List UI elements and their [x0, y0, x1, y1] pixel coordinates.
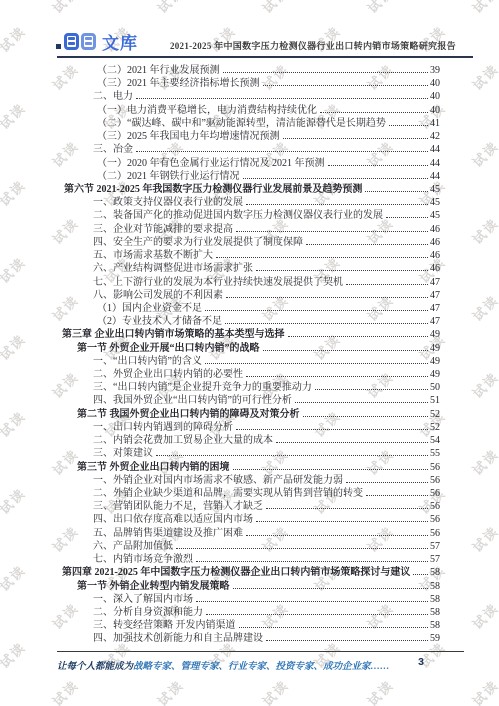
- watermark-text: 试读: [0, 329, 29, 364]
- toc-row: 三、“出口转内销”是企业提升竞争力的重要推动力50: [57, 381, 440, 394]
- toc-page-number: 56: [430, 513, 440, 526]
- toc-dotted-leader: [246, 375, 428, 377]
- toc-page-number: 47: [430, 302, 440, 315]
- toc-dotted-leader: [256, 269, 428, 271]
- toc-row: （二）2021 年行业发展预测39: [57, 64, 440, 77]
- toc-page-number: 44: [430, 170, 440, 183]
- watermark-text: 试读: [468, 598, 499, 633]
- toc-row: 一、“出口转内销”的含义49: [57, 355, 440, 368]
- watermark-text: 试读: [0, 21, 29, 56]
- toc-dotted-leader: [266, 639, 428, 641]
- toc-row: 第一节 外销企业转型内销发展策略58: [57, 580, 440, 593]
- toc-dotted-leader: [346, 481, 428, 483]
- toc-dotted-leader: [196, 600, 428, 602]
- toc-entry-title: 第三节 外贸企业出口转内销的困境: [77, 461, 230, 474]
- toc-row: 二、电力40: [57, 90, 440, 103]
- toc-entry-title: （1）国内企业资金不足: [97, 302, 202, 315]
- toc-dotted-leader: [295, 401, 428, 403]
- toc-entry-title: 四、出口依存度高难以适应国内市场: [93, 513, 253, 526]
- toc-dotted-leader: [226, 296, 428, 298]
- toc-entry-title: （二）2021 年行业发展预测: [97, 64, 220, 77]
- toc-entry-title: 第一节 外销企业转型内销发展策略: [77, 580, 230, 593]
- toc-page-number: 58: [430, 566, 440, 579]
- toc-row: 四、加强技术创新能力和自主品牌建设59: [57, 632, 440, 645]
- watermark-text: 试读: [0, 560, 29, 595]
- toc-entry-title: 五、市场需求基数不断扩大: [93, 249, 213, 262]
- toc-dotted-leader: [263, 84, 429, 86]
- toc-page-number: 39: [430, 64, 440, 77]
- toc-entry-title: 二、外销企业缺少渠道和品牌，需要实现从销售到营销的转变: [93, 487, 363, 500]
- toc-dotted-leader: [223, 71, 429, 73]
- toc-row: （一）2020 年有色金属行业运行情况及 2021 年预测44: [57, 157, 440, 170]
- toc-entry-title: （2）专业技术人才储备不足: [97, 315, 222, 328]
- toc-page-number: 58: [430, 606, 440, 619]
- toc-dotted-leader: [365, 190, 428, 192]
- toc-dotted-leader: [176, 547, 428, 549]
- toc-entry-title: 一、出口转内销遇到的障碍分析: [93, 421, 233, 434]
- toc-entry-title: （一）电力消费平稳增长，电力消费结构持续优化: [97, 104, 317, 117]
- toc-row: 五、品牌销售渠道建设及推广困难56: [57, 527, 440, 540]
- toc-page-number: 40: [430, 77, 440, 90]
- toc-page-number: 44: [430, 157, 440, 170]
- toc-dotted-leader: [233, 587, 429, 589]
- toc-page-number: 40: [430, 104, 440, 117]
- toc-entry-title: 三、营销团队能力不足，营销人才缺乏: [93, 500, 263, 513]
- toc-entry-title: 第三章 企业出口转内销市场策略的基本类型与选择: [62, 328, 285, 341]
- watermark-text: 试读: [153, 0, 188, 17]
- toc-row: 第四章 2021-2025 年中国数字压力检测仪器企业出口转内销市场策略探讨与建…: [57, 566, 440, 579]
- toc-dotted-leader: [320, 111, 428, 113]
- logo-e-icon: [64, 33, 79, 50]
- toc-dotted-leader: [413, 573, 428, 575]
- toc-dotted-leader: [205, 362, 428, 364]
- page-number: 3: [418, 656, 424, 668]
- watermark-text: 试读: [468, 444, 499, 479]
- toc-entry-title: （一）2020 年有色金属行业运行情况及 2021 年预测: [97, 157, 325, 170]
- toc-dotted-leader: [243, 177, 429, 179]
- toc-entry-title: 二、电力: [93, 90, 133, 103]
- toc-dotted-leader: [263, 349, 429, 351]
- toc-entry-title: 七、内销市场竞争激烈: [93, 553, 193, 566]
- toc-row: 一、外销企业对国内市场需求不敏感、新产品研发能力弱56: [57, 474, 440, 487]
- watermark-text: 试读: [468, 675, 499, 706]
- toc-dotted-leader: [246, 534, 428, 536]
- toc-row: 三、对策建议55: [57, 447, 440, 460]
- watermark-text: 试读: [0, 637, 29, 672]
- document-page: 试读试读试读试读试读试读试读试读试读试读试读试读试读试读试读试读试读试读试读试读…: [0, 0, 499, 706]
- toc-dotted-leader: [233, 468, 429, 470]
- toc-entry-title: 三、冶金: [93, 143, 133, 156]
- toc-page-number: 59: [430, 632, 440, 645]
- toc-row: 六、产品附加值低57: [57, 540, 440, 553]
- watermark-text: 试读: [258, 0, 293, 17]
- footer-divider: [57, 651, 464, 652]
- watermark-text: 试读: [468, 367, 499, 402]
- page-footer: 让每个人都能成为战略专家、管理专家、行业专家、投资专家、成功企业家……: [57, 658, 439, 672]
- toc-dotted-leader: [136, 97, 428, 99]
- toc-row: 四、我国外贸企业“出口转内销”的可行性分析51: [57, 394, 440, 407]
- toc-row: （二）2021 年钢铁行业运行情况44: [57, 170, 440, 183]
- toc-page-number: 50: [430, 381, 440, 394]
- toc-entry-title: 八、影响公司发展的不利因素: [93, 289, 223, 302]
- toc-dotted-leader: [239, 626, 429, 628]
- toc-page-number: 56: [430, 500, 440, 513]
- toc-page-number: 54: [430, 434, 440, 447]
- toc-row: 二、内销会花费加工贸易企业大量的成本54: [57, 434, 440, 447]
- toc-page-number: 56: [430, 474, 440, 487]
- toc-dotted-leader: [288, 335, 429, 337]
- toc-entry-title: 三、转变经营策略 开发内销渠道: [93, 619, 236, 632]
- table-of-contents: （二）2021 年行业发展预测39（三）2021 年主要经济指标增长预测40二、…: [57, 64, 440, 646]
- toc-page-number: 47: [430, 289, 440, 302]
- toc-page-number: 49: [430, 368, 440, 381]
- toc-page-number: 46: [430, 236, 440, 249]
- toc-entry-title: （二）2021 年钢铁行业运行情况: [97, 170, 240, 183]
- toc-entry-title: 四、安全生产的要求为行业发展提供了制度保障: [93, 236, 303, 249]
- toc-entry-title: 四、加强技术创新能力和自主品牌建设: [93, 632, 263, 645]
- toc-page-number: 58: [430, 619, 440, 632]
- toc-row: 二、外销企业缺少渠道和品牌，需要实现从销售到营销的转变56: [57, 487, 440, 500]
- toc-page-number: 45: [430, 196, 440, 209]
- toc-page-number: 58: [430, 593, 440, 606]
- toc-dotted-leader: [389, 124, 428, 126]
- toc-entry-title: 二、内销会花费加工贸易企业大量的成本: [93, 434, 273, 447]
- watermark-text: 试读: [0, 406, 29, 441]
- toc-row: 三、营销团队能力不足，营销人才缺乏56: [57, 500, 440, 513]
- toc-entry-title: （三）2021 年主要经济指标增长预测: [97, 77, 260, 90]
- watermark-text: 试读: [48, 0, 83, 17]
- toc-page-number: 52: [430, 421, 440, 434]
- footer-slogan-prefix: 让每个人都能成为: [57, 662, 133, 672]
- toc-row: 二、分析自身资源和能力58: [57, 606, 440, 619]
- logo-e-icon: [81, 33, 96, 50]
- toc-page-number: 47: [430, 276, 440, 289]
- watermark-text: 试读: [468, 213, 499, 248]
- toc-row: 第三章 企业出口转内销市场策略的基本类型与选择49: [57, 328, 440, 341]
- toc-entry-title: 一、深入了解国内市场: [93, 593, 193, 606]
- toc-dotted-leader: [236, 428, 428, 430]
- toc-row: 三、企业对节能减排的要求提高46: [57, 223, 440, 236]
- toc-dotted-leader: [136, 150, 428, 152]
- toc-entry-title: （三）2025 年我国电力年均增速情况预测: [97, 130, 280, 143]
- toc-row: 第三节 外贸企业出口转内销的困境56: [57, 461, 440, 474]
- toc-page-number: 56: [430, 487, 440, 500]
- watermark-text: 试读: [0, 483, 29, 518]
- toc-entry-title: （二）“碳达峰、碳中和”驱动能源转型，清洁能源替代是长期趋势: [97, 117, 386, 130]
- toc-dotted-leader: [256, 520, 428, 522]
- toc-dotted-leader: [386, 216, 428, 218]
- watermark-text: 试读: [468, 521, 499, 556]
- toc-row: 一、深入了解国内市场58: [57, 593, 440, 606]
- toc-dotted-leader: [206, 613, 428, 615]
- toc-page-number: 57: [430, 553, 440, 566]
- watermark-text: 试读: [153, 675, 188, 706]
- toc-page-number: 46: [430, 223, 440, 236]
- toc-dotted-leader: [216, 256, 428, 258]
- toc-page-number: 44: [430, 143, 440, 156]
- toc-page-number: 46: [430, 249, 440, 262]
- toc-dotted-leader: [225, 322, 428, 324]
- toc-row: 四、安全生产的要求为行业发展提供了制度保障46: [57, 236, 440, 249]
- toc-page-number: 49: [430, 328, 440, 341]
- watermark-text: 试读: [0, 98, 29, 133]
- logo-dot-icon: [56, 44, 61, 49]
- toc-entry-title: 七、上下游行业的发展为本行业持续快速发展提供了契机: [93, 276, 343, 289]
- watermark-text: 试读: [468, 59, 499, 94]
- watermark-text: 试读: [468, 290, 499, 325]
- toc-entry-title: 二、分析自身资源和能力: [93, 606, 203, 619]
- toc-row: 八、影响公司发展的不利因素47: [57, 289, 440, 302]
- toc-dotted-leader: [283, 137, 429, 139]
- toc-row: （一）电力消费平稳增长，电力消费结构持续优化40: [57, 104, 440, 117]
- toc-row: 二、外贸企业出口转内销的必要性49: [57, 368, 440, 381]
- toc-dotted-leader: [266, 507, 428, 509]
- toc-dotted-leader: [246, 203, 428, 205]
- toc-row: （三）2025 年我国电力年均增速情况预测42: [57, 130, 440, 143]
- toc-page-number: 58: [430, 580, 440, 593]
- toc-row: （三）2021 年主要经济指标增长预测40: [57, 77, 440, 90]
- toc-page-number: 56: [430, 527, 440, 540]
- toc-entry-title: 一、政策支持仪器仪表行业的发展: [93, 196, 243, 209]
- toc-page-number: 40: [430, 90, 440, 103]
- toc-row: 一、政策支持仪器仪表行业的发展45: [57, 196, 440, 209]
- toc-row: 一、出口转内销遇到的障碍分析52: [57, 421, 440, 434]
- toc-row: 五、市场需求基数不断扩大46: [57, 249, 440, 262]
- toc-entry-title: 二、外贸企业出口转内销的必要性: [93, 368, 243, 381]
- toc-page-number: 52: [430, 408, 440, 421]
- header-divider: [57, 56, 473, 58]
- toc-entry-title: 六、产品附加值低: [93, 540, 173, 553]
- toc-page-number: 41: [430, 117, 440, 130]
- toc-entry-title: 第二节 我国外贸企业出口转内销的障碍及对策分析: [77, 408, 300, 421]
- toc-entry-title: 五、品牌销售渠道建设及推广困难: [93, 527, 243, 540]
- logo-text: 文库: [102, 29, 138, 54]
- toc-row: （2）专业技术人才储备不足47: [57, 315, 440, 328]
- toc-dotted-leader: [346, 283, 428, 285]
- toc-page-number: 49: [430, 342, 440, 355]
- toc-row: 第二节 我国外贸企业出口转内销的障碍及对策分析52: [57, 408, 440, 421]
- toc-dotted-leader: [303, 415, 429, 417]
- toc-page-number: 42: [430, 130, 440, 143]
- toc-row: 第六节 2021-2025 年我国数字压力检测仪器行业发展前景及趋势预测45: [57, 183, 440, 196]
- toc-row: 二、装备国产化的推动促进国内数字压力检测仪器仪表行业的发展45: [57, 209, 440, 222]
- toc-entry-title: 第六节 2021-2025 年我国数字压力检测仪器行业发展前景及趋势预测: [64, 183, 362, 196]
- toc-row: 三、转变经营策略 开发内销渠道58: [57, 619, 440, 632]
- watermark-text: 试读: [0, 175, 29, 210]
- toc-entry-title: 六、产业结构调整促进市场需求扩张: [93, 262, 253, 275]
- toc-row: 三、冶金44: [57, 143, 440, 156]
- toc-page-number: 55: [430, 447, 440, 460]
- toc-page-number: 49: [430, 355, 440, 368]
- watermark-text: 试读: [48, 675, 83, 706]
- toc-dotted-leader: [328, 164, 429, 166]
- toc-dotted-leader: [276, 441, 428, 443]
- toc-page-number: 47: [430, 315, 440, 328]
- toc-dotted-leader: [205, 309, 428, 311]
- watermark-text: 试读: [468, 0, 499, 17]
- toc-page-number: 45: [430, 183, 440, 196]
- toc-dotted-leader: [156, 454, 428, 456]
- watermark-text: 试读: [363, 675, 398, 706]
- toc-page-number: 51: [430, 394, 440, 407]
- toc-row: 七、内销市场竞争激烈57: [57, 553, 440, 566]
- toc-entry-title: 第四章 2021-2025 年中国数字压力检测仪器企业出口转内销市场策略探讨与建…: [62, 566, 410, 579]
- toc-entry-title: 四、我国外贸企业“出口转内销”的可行性分析: [93, 394, 292, 407]
- toc-row: 第一节 外贸企业开展“出口转内销”的战略49: [57, 342, 440, 355]
- toc-dotted-leader: [366, 494, 428, 496]
- toc-dotted-leader: [236, 230, 428, 232]
- toc-row: （1）国内企业资金不足47: [57, 302, 440, 315]
- toc-entry-title: 第一节 外贸企业开展“出口转内销”的战略: [77, 342, 260, 355]
- watermark-text: 试读: [0, 252, 29, 287]
- toc-entry-title: 三、企业对节能减排的要求提高: [93, 223, 233, 236]
- footer-slogan-list: 战略专家、管理专家、行业专家、投资专家、成功企业家……: [133, 662, 390, 672]
- toc-page-number: 57: [430, 540, 440, 553]
- toc-dotted-leader: [196, 560, 428, 562]
- watermark-text: 试读: [468, 136, 499, 171]
- toc-entry-title: 一、外销企业对国内市场需求不敏感、新产品研发能力弱: [93, 474, 343, 487]
- toc-row: 四、出口依存度高难以适应国内市场56: [57, 513, 440, 526]
- toc-entry-title: 二、装备国产化的推动促进国内数字压力检测仪器仪表行业的发展: [93, 209, 383, 222]
- watermark-text: 试读: [258, 675, 293, 706]
- toc-dotted-leader: [306, 243, 428, 245]
- watermark-text: 试读: [363, 0, 398, 17]
- toc-page-number: 46: [430, 262, 440, 275]
- toc-entry-title: 三、对策建议: [93, 447, 153, 460]
- toc-row: 七、上下游行业的发展为本行业持续快速发展提供了契机47: [57, 276, 440, 289]
- toc-entry-title: 三、“出口转内销”是企业提升竞争力的重要推动力: [93, 381, 312, 394]
- toc-entry-title: 一、“出口转内销”的含义: [93, 355, 202, 368]
- toc-page-number: 45: [430, 209, 440, 222]
- site-logo: 文库: [56, 29, 138, 53]
- toc-row: 六、产业结构调整促进市场需求扩张46: [57, 262, 440, 275]
- toc-row: （二）“碳达峰、碳中和”驱动能源转型，清洁能源替代是长期趋势41: [57, 117, 440, 130]
- toc-dotted-leader: [315, 388, 428, 390]
- toc-page-number: 56: [430, 461, 440, 474]
- report-title: 2021-2025 年中国数字压力检测仪器行业出口转内销市场策略研究报告: [170, 39, 456, 52]
